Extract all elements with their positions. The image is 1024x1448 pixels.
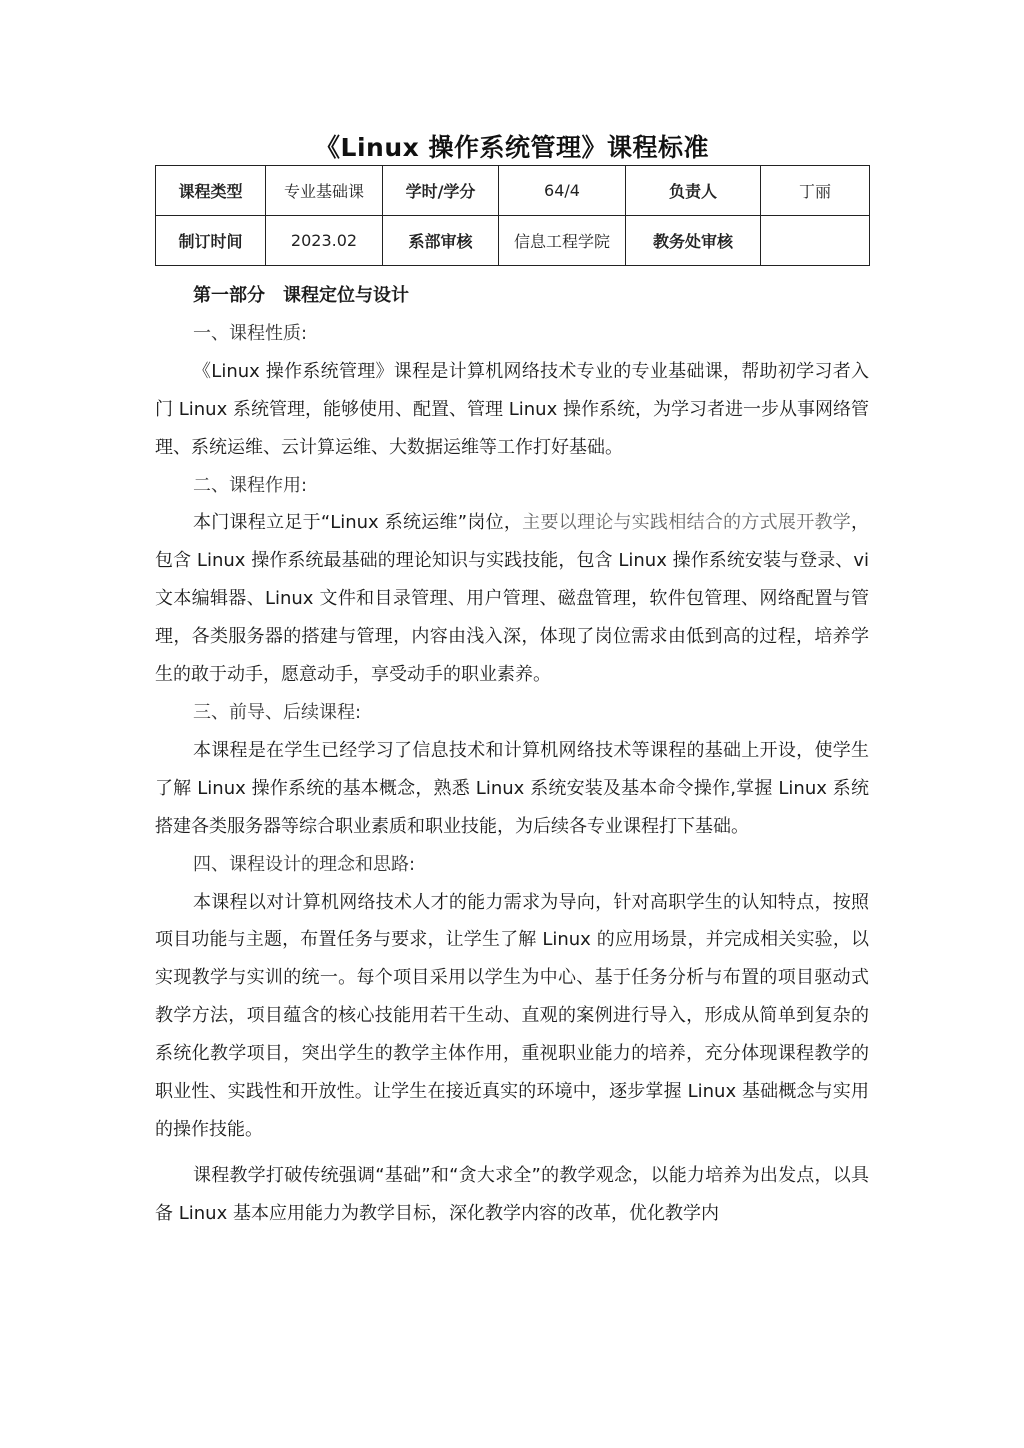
paragraph-role-part2: ，包含 Linux 操作系统最基础的理论知识与实践技能，包含 Linux 操作系…: [155, 512, 869, 685]
meta-label-owner: 负责人: [626, 166, 761, 216]
section-heading-prerequisites: 三、前导、后续课程:: [155, 694, 869, 732]
paragraph-nature: 《Linux 操作系统管理》课程是计算机网络技术专业的专业基础课，帮助初学习者入…: [155, 353, 869, 467]
document-body: 第一部分 课程定位与设计 一、课程性质: 《Linux 操作系统管理》课程是计算…: [155, 277, 869, 1233]
course-meta-table: 课程类型 专业基础课 学时/学分 64/4 负责人 丁丽 制订时间 2023.0…: [155, 165, 870, 266]
meta-label-course-type: 课程类型: [156, 166, 266, 216]
part-heading: 第一部分 课程定位与设计: [155, 277, 869, 315]
meta-row: 课程类型 专业基础课 学时/学分 64/4 负责人 丁丽: [156, 166, 870, 216]
meta-value-course-type: 专业基础课: [266, 166, 383, 216]
meta-row: 制订时间 2023.02 系部审核 信息工程学院 教务处审核: [156, 216, 870, 266]
section-heading-design: 四、课程设计的理念和思路:: [155, 846, 869, 884]
meta-label-date: 制订时间: [156, 216, 266, 266]
paragraph-role: 本门课程立足于“Linux 系统运维”岗位，主要以理论与实践相结合的方式展开教学…: [155, 504, 869, 694]
document-title: 《Linux 操作系统管理》课程标准: [0, 128, 1024, 164]
paragraph-role-gray-text: 主要以理论与实践相结合的方式展开教学: [522, 512, 851, 533]
meta-value-date: 2023.02: [266, 216, 383, 266]
meta-label-hours-credits: 学时/学分: [383, 166, 499, 216]
meta-value-dept-review: 信息工程学院: [499, 216, 626, 266]
paragraph-role-part1: 本门课程立足于“Linux 系统运维”岗位，: [193, 512, 522, 533]
meta-value-owner: 丁丽: [761, 166, 870, 216]
paragraph-design-2: 课程教学打破传统强调“基础”和“贪大求全”的教学观念，以能力培养为出发点，以具备…: [155, 1157, 869, 1233]
meta-value-academic-review: [761, 216, 870, 266]
meta-value-hours-credits: 64/4: [499, 166, 626, 216]
meta-label-dept-review: 系部审核: [383, 216, 499, 266]
section-heading-nature: 一、课程性质:: [155, 315, 869, 353]
paragraph-prerequisites: 本课程是在学生已经学习了信息技术和计算机网络技术等课程的基础上开设，使学生了解 …: [155, 732, 869, 846]
meta-label-academic-review: 教务处审核: [626, 216, 761, 266]
section-heading-role: 二、课程作用:: [155, 467, 869, 505]
paragraph-design-1: 本课程以对计算机网络技术人才的能力需求为导向，针对高职学生的认知特点，按照项目功…: [155, 884, 869, 1149]
